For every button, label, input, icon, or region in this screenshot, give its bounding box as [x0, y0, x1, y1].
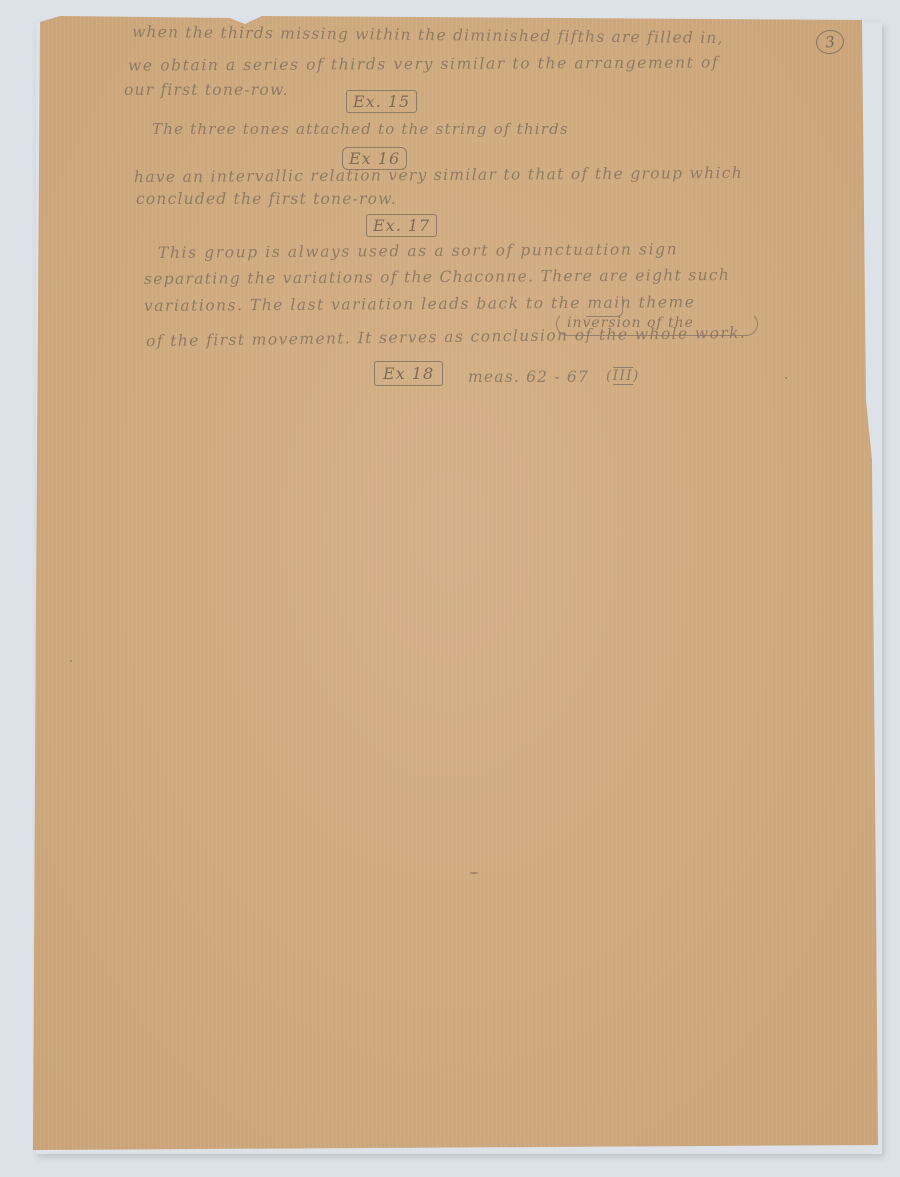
paper-mark — [470, 872, 478, 874]
example-18-box: Ex 18 — [374, 361, 443, 386]
example-15-box: Ex. 15 — [346, 90, 417, 113]
movement-reference: (III) — [606, 368, 640, 384]
movement-numeral: III — [613, 367, 633, 385]
text-line-6: concluded the first tone-row. — [136, 190, 397, 208]
example-17-box: Ex. 17 — [366, 214, 437, 237]
text-line-2: we obtain a series of thirds very simila… — [128, 53, 719, 74]
paper-speck — [70, 660, 72, 662]
text-line-7: This group is always used as a sort of p… — [158, 240, 678, 262]
text-line-4: The three tones attached to the string o… — [152, 120, 569, 138]
text-line-3: our first tone-row. — [124, 81, 289, 99]
measure-reference: meas. 62 - 67 — [468, 368, 589, 386]
paper-speck — [785, 377, 787, 379]
